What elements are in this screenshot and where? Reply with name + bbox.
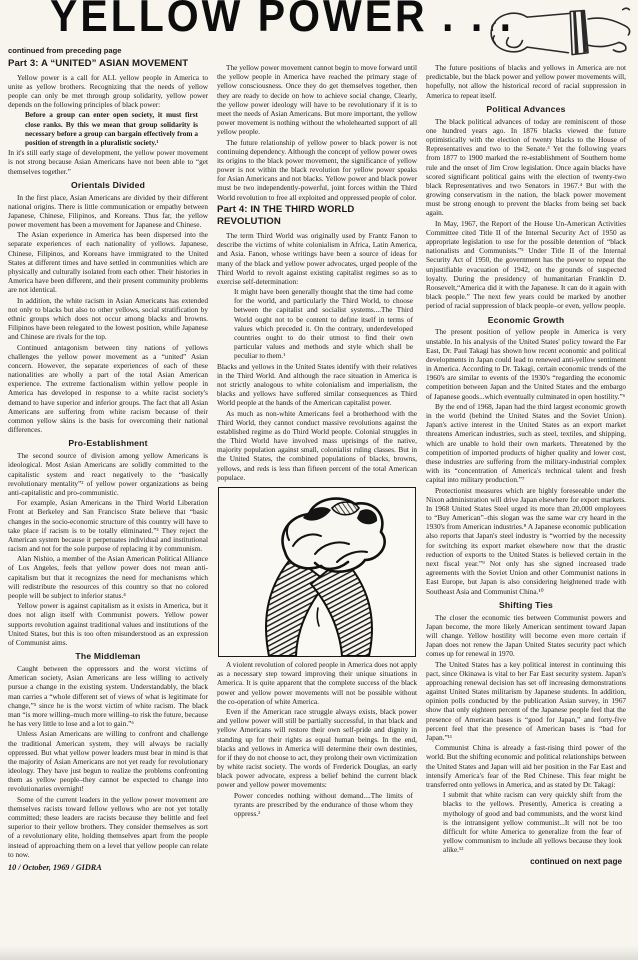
paragraph: Continued antagonism between tiny nation… [8, 343, 208, 435]
paragraph: The future positions of blacks and yello… [426, 63, 626, 100]
part4-heading: Part 4: IN THE THIRD WORLD REVOLUTION [217, 204, 417, 228]
paragraph: In the first place, Asian Americans are … [8, 193, 208, 230]
article-title: YELLOW POWER . . . [50, 0, 514, 42]
paragraph: Even if the American race struggle alway… [217, 707, 417, 790]
paragraph: A violent revolution of colored people i… [217, 660, 417, 706]
clasped-hands-illustration [218, 487, 416, 657]
paragraph: Communist China is already a fast-rising… [426, 743, 626, 789]
section-heading-pro-establishment: Pro-Establishment [8, 438, 208, 449]
column-1: continued from preceding page Part 3: A … [8, 46, 208, 873]
paragraph: The closer the economic ties between Com… [426, 613, 626, 659]
paragraph: As much as non-white Americans feel a br… [217, 409, 417, 483]
paragraph: Yellow power is a call for ALL yellow pe… [8, 73, 208, 110]
column-2: The yellow power movement cannot begin t… [217, 46, 417, 819]
block-quote: I submit that white racism can very quic… [443, 790, 622, 854]
part3-heading: Part 3: A “UNITED” ASIAN MOVEMENT [8, 58, 208, 70]
paragraph: The second source of division among yell… [8, 451, 208, 497]
section-heading-political-advances: Political Advances [426, 104, 626, 115]
clasped-hands-icon [219, 488, 415, 656]
continued-from-line: continued from preceding page [8, 46, 208, 56]
section-heading-shifting-ties: Shifting Ties [426, 600, 626, 611]
clenched-fist-illustration [484, 4, 634, 62]
continued-next-line: continued on next page [426, 857, 626, 867]
paragraph: The future relationship of yellow power … [217, 138, 417, 202]
block-quote: Power concedes nothing without demand...… [234, 791, 413, 819]
section-heading-economic-growth: Economic Growth [426, 315, 626, 326]
paragraph: Some of the current leaders in the yello… [8, 795, 208, 859]
paragraph: The yellow power movement cannot begin t… [217, 63, 417, 137]
paragraph: The black political advances of today ar… [426, 117, 626, 218]
paragraph: The Asian experience in America has been… [8, 230, 208, 294]
paragraph: Alan Nishio, a member of the Asian Ameri… [8, 554, 208, 600]
paragraph: In addition, the white racism in Asian A… [8, 296, 208, 342]
paragraph: Blacks and yellows in the United States … [217, 362, 417, 408]
article-columns: continued from preceding page Part 3: A … [0, 46, 638, 873]
paragraph: Yellow power is against capitalism as it… [8, 601, 208, 647]
column-3: The future positions of blacks and yello… [426, 46, 626, 868]
section-heading-the-middleman: The Middleman [8, 651, 208, 662]
paragraph: Caught between the oppressors and the wo… [8, 664, 208, 728]
paragraph: In it's still early stage of development… [8, 148, 208, 176]
newspaper-page: YELLOW POWER . . . continued from preced… [0, 0, 638, 960]
section-heading-orientals-divided: Orientals Divided [8, 180, 208, 191]
paragraph: The present position of yellow people in… [426, 327, 626, 401]
paragraph: For example, Asian Americans in the Thir… [8, 498, 208, 553]
paragraph: In May, 1967, the Report of the House Un… [426, 219, 626, 311]
paragraph: The term Third World was originally used… [217, 231, 417, 286]
clenched-fist-icon [484, 4, 634, 62]
paragraph: The United States has a key political in… [426, 660, 626, 743]
paragraph: Protectionist measures which are highly … [426, 486, 626, 596]
page-footer-credit: 10 / October, 1969 / GIDRA [8, 863, 208, 873]
block-quote: Before a group can enter open society, i… [25, 110, 198, 147]
paragraph: By the end of 1968, Japan had the third … [426, 402, 626, 485]
paragraph: Unless Asian Americans are willing to co… [8, 729, 208, 793]
block-quote: It might have been generally thought tha… [234, 287, 413, 361]
